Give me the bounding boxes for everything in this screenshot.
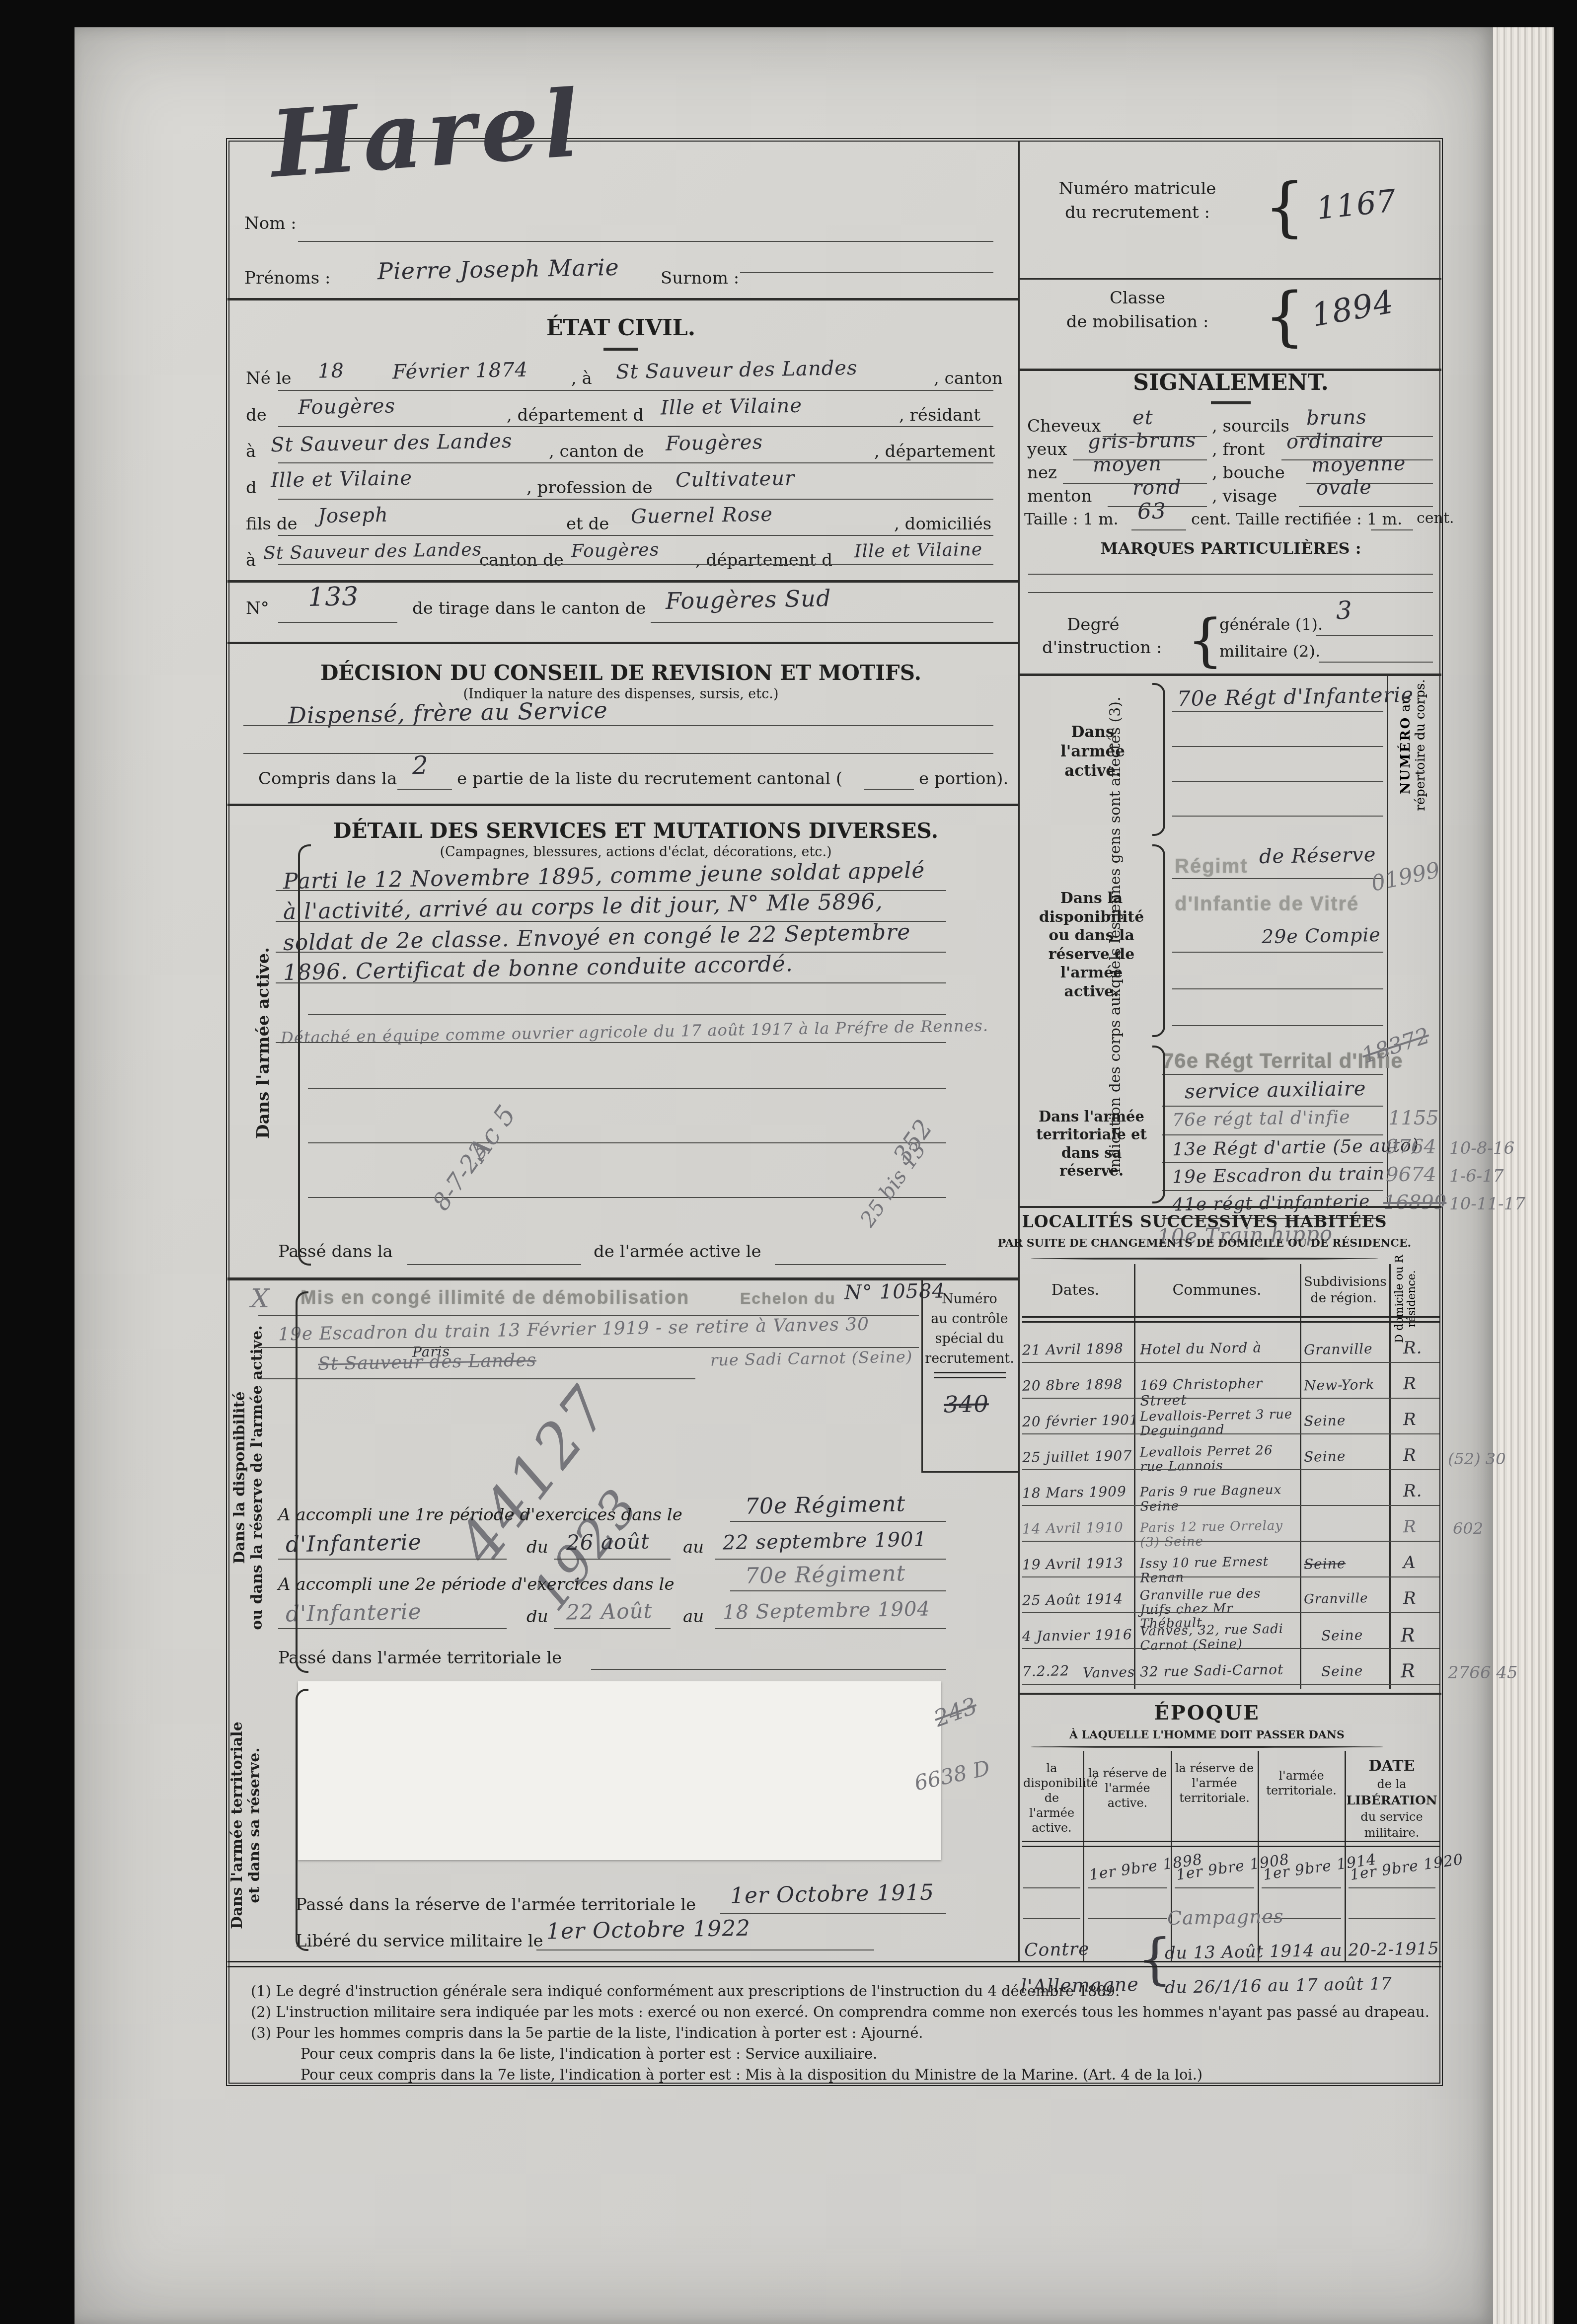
etat-r2v1: Fougères [298,394,396,419]
etat-r4a: d [246,478,257,498]
hand-19e-escadron: 19e Escadron du train [1172,1163,1385,1187]
etat-r3v2: Fougères [666,431,763,455]
corps-terr-label: Dans l'armée territoriale et dans sa rés… [1033,1108,1150,1180]
rule [1172,1025,1383,1026]
localites-col-communes: Communes. [1172,1281,1261,1299]
etat-r1a: Né le [246,369,292,388]
margin-label-armee-active: Dans l'armée active. [253,820,273,1267]
loc-subdiv-10: Seine [1321,1662,1363,1679]
surnom-label: Surnom : [661,268,739,288]
pencil-date-10-11-17: 10-11-17 [1449,1194,1525,1214]
controle-header-3: spécial du [935,1331,1004,1347]
rule [243,753,993,754]
rule [1162,1162,1383,1163]
loc-subdiv-1: Granville [1304,1341,1373,1358]
loc-dr-2: R [1403,1374,1417,1394]
rule [554,1559,671,1560]
rule [1349,1887,1435,1888]
degre-label-2: d'instruction : [1042,638,1162,658]
rule [407,1264,581,1265]
margin-terr-line2: et dans sa réserve. [246,1747,263,1903]
passe-active-post: de l'armée active le [594,1242,761,1262]
periode2-au: au [683,1607,704,1627]
controle-header-4: recrutement. [925,1351,1014,1366]
etat-r5v2: Guernel Rose [631,503,773,528]
loc-dr-6: R [1403,1517,1417,1537]
etat-r5b: et de [566,514,609,534]
loc-dr-9: R [1401,1624,1416,1647]
margin-label-dispo: Dans la disponibilité ou dans la réserve… [231,1264,266,1691]
rule [1162,1134,1383,1135]
rule [1175,1887,1254,1888]
rule [1172,711,1383,712]
localites-title-1: LOCALITÉS SUCCESSIVES HABITÉES [1022,1212,1387,1231]
etat-r5v1: Joseph [318,504,388,527]
passe-reserve-terr-value: 1er Octobre 1915 [730,1879,935,1908]
loc-dr-8: R [1403,1588,1417,1608]
demob-struck-commune: St Sauveur des Landes [318,1350,537,1374]
rule [1162,1106,1383,1107]
rule [775,1264,946,1265]
rule [554,1628,671,1629]
rule [1371,529,1413,530]
loc-date-9: 4 Janvier 1916 [1022,1626,1132,1645]
rule [278,535,993,536]
rule [1023,1918,1080,1919]
rule [308,1088,946,1089]
rule [278,499,993,500]
epoque-subtitle: À LAQUELLE L'HOMME DOIT PASSER DANS [1069,1728,1345,1741]
etat-r2v2: Ille et Vilaine [661,394,803,420]
loc-dr-3: R [1403,1410,1417,1429]
epoque-title: ÉPOQUE [1154,1701,1260,1724]
stamp-regiment: Régimt [1175,855,1248,878]
periode1-pre: A accompli une 1re période d'exercices d… [278,1505,682,1525]
sourcils-value: bruns [1306,406,1367,430]
libere-label: Libéré du service militaire le [296,1931,543,1951]
compris-end: e portion). [919,769,1008,789]
loc-commune-6: Paris 12 rue Orrelay (3) Seine [1140,1518,1297,1550]
corps-numero-header-1: NUMÉRO [1398,716,1413,794]
etat-r3a: à [246,442,256,461]
passe-territoriale-label: Passé dans l'armée territoriale le [278,1648,562,1668]
instruction-generale-label: générale (1). [1219,615,1323,634]
rule [1031,1258,1378,1260]
loc-subdiv-9: Seine [1321,1627,1363,1644]
instruction-generale-value: 3 [1336,596,1352,625]
passe-active-pre: Passé dans la [278,1242,393,1262]
corps-active-label: Dans l'armée active. [1038,723,1147,780]
compris-mid: e partie de la liste du recrutement cant… [457,769,842,789]
epoque-date-header-3: LIBÉRATION [1346,1793,1437,1807]
controle-header-1: Numéro [942,1291,997,1307]
loc-margin-52-30: (52) 30 [1448,1449,1506,1468]
rule [227,1961,1441,1967]
rule [276,952,946,953]
footnote-2: (2) L'instruction militaire sera indiqué… [251,2004,1429,2021]
rule [1131,529,1186,530]
pencil-9674: 9674 [1386,1163,1436,1186]
taille-cent-label: cent. [1417,510,1454,527]
demob-stamp: Mis en congé illimité de démobilisation [300,1287,689,1309]
rule [1162,1190,1383,1191]
rule [536,1949,874,1950]
rule [1022,1362,1439,1363]
loc-margin-2766: 2766 45 [1448,1663,1518,1683]
margin-dispo-line1: Dans la disponibilité [231,1391,248,1564]
localites-col-subdiv: Subdivisions de région. [1304,1274,1383,1306]
periode1-au: au [683,1537,704,1557]
margin-brace-active [298,844,311,1266]
pencil-date-10-8-16: 10-8-16 [1449,1138,1514,1158]
taille-rectifiee-label: cent. Taille rectifiée : 1 m. [1191,510,1402,528]
corps-brace-active [1152,683,1165,836]
margin-dispo-line2: ou dans la réserve de l'armée active. [248,1325,266,1630]
etat-r1v2: Février 1874 [392,359,528,384]
rule [1088,1918,1167,1919]
hand-de-reserve: de Réserve [1259,843,1376,868]
rule [921,1471,1018,1473]
periode2-from: 22 Août [566,1598,653,1624]
campagne-contre: Contre [1024,1939,1090,1960]
loc-date-2: 20 8bre 1898 [1022,1376,1123,1394]
etat-r6a: à [246,550,256,570]
degre-label-1: Degré [1067,615,1120,635]
menton-value: rond [1132,476,1182,500]
classe-label-1: Classe [1110,288,1165,308]
etat-r6c: , département d [695,550,832,570]
etat-r4v1: Ille et Vilaine [271,467,413,492]
etat-r5c: , domiciliés [894,514,991,534]
loc-date-10: 7.2.22 [1022,1662,1070,1680]
pencil-1155: 1155 [1388,1107,1439,1129]
sourcils-label: , sourcils [1212,416,1289,436]
campagnes-label: Campagnes [1167,1905,1284,1929]
etat-r2a: de [246,405,267,425]
etat-r3c: , département [874,442,995,461]
etat-r6b: canton de [479,550,564,570]
rule [397,789,452,790]
loc-dr-4: R [1403,1445,1417,1465]
rule [730,1590,946,1591]
rule [1023,1887,1080,1888]
rule [308,1197,946,1198]
etat-r2c: , résidant [899,405,980,425]
nom-label: Nom : [244,214,297,233]
footnote-3: (3) Pour les hommes compris dans la 5e p… [251,2024,923,2041]
margin-terr-line1: Dans l'armée territoriale [228,1722,246,1929]
periode1-to: 22 septembre 1901 [723,1528,927,1554]
rule [278,390,993,391]
margin-label-terr: Dans l'armée territoriale et dans sa rés… [228,1637,263,2014]
loc-subdiv-7: Seine [1304,1555,1346,1572]
rule [1022,1505,1439,1506]
rule [276,1042,946,1043]
rule [1022,1433,1439,1434]
loc-date-1: 21 Avril 1898 [1022,1340,1124,1358]
libere-value: 1er Octobre 1922 [546,1915,751,1944]
rule [1134,1264,1135,1689]
echelon-stamp: Echelon du [740,1289,835,1308]
instruction-militaire-label: militaire (2). [1219,642,1320,661]
rule [591,1669,946,1670]
etat-r3v1: St Sauveur des Landes [271,430,513,456]
rule [1349,1918,1435,1919]
rule [720,1913,946,1914]
loc-subdiv-8: Granville [1304,1591,1368,1607]
rule [1022,1841,1439,1847]
pencil-date-1-6-17: 1-6-17 [1449,1166,1504,1186]
margin-brace-terr [296,1689,308,1951]
loc-dr-1: R. [1403,1338,1423,1358]
rule [278,622,397,623]
footnote-4: Pour ceux compris dans la 6e liste, l'in… [300,2045,877,2062]
rule [1172,781,1383,782]
etat-r2b: , département d [507,405,644,425]
brace: { [1187,607,1223,674]
periode1-regiment: 70e Régiment [745,1491,906,1519]
etat-civil-title: ÉTAT CIVIL. [546,315,695,341]
brace: { [1264,278,1305,354]
localites-title-2: PAR SUITE DE CHANGEMENTS DE DOMICILE OU … [998,1237,1412,1250]
rule [1300,1264,1301,1689]
loc-date-7: 19 Avril 1913 [1022,1555,1124,1573]
rule [227,642,1018,644]
rule [1262,1887,1341,1888]
pencil-9764: 9764 [1386,1135,1436,1158]
controle-value: 340 [944,1390,989,1418]
rule [730,1521,946,1522]
surname-handwritten: Harel [267,69,587,198]
nez-label: nez [1027,463,1057,483]
etat-r4b: , profession de [526,478,653,498]
rule [1028,574,1433,575]
rule [1319,662,1433,663]
bouche-value: moyenne [1311,452,1406,476]
rule [1172,878,1383,879]
rule [1019,1693,1441,1695]
epoque-col2-header: la réserve de l'armée active. [1088,1766,1167,1810]
rule [651,622,993,623]
rule [1019,674,1441,676]
rule [1022,1469,1439,1470]
etat-r3b: , canton de [549,442,644,461]
rule [1389,1264,1391,1689]
column-divider [1018,142,1020,1962]
rule [1022,1541,1439,1542]
etat-r6v2: Fougères [571,539,660,561]
rule [278,1628,507,1629]
rule [1172,952,1383,953]
rule [934,1372,1006,1378]
rule [715,1559,946,1560]
epoque-date-header-4: du service [1360,1810,1423,1824]
rule [278,462,993,463]
echelon-number: N° 10584 [844,1279,946,1304]
services-title: DÉTAIL DES SERVICES ET MUTATIONS DIVERSE… [333,819,938,843]
rule [243,725,993,726]
etat-r1v3: St Sauveur des Landes [616,357,858,383]
rule [1022,1684,1439,1685]
loc-commune-2: 169 Christopher Street [1139,1375,1296,1409]
loc-date-5: 18 Mars 1909 [1022,1483,1126,1501]
pencil-16899: 16899 [1383,1191,1446,1214]
front-label: , front [1212,440,1265,459]
epoque-date-header-5: militaire. [1364,1826,1420,1840]
yeux-label: yeux [1027,440,1067,459]
rule [1031,1746,1383,1748]
rule [1088,1887,1167,1888]
compris-pre: Compris dans la [258,769,397,789]
rule [921,1279,923,1473]
rule [278,426,993,427]
etat-r6v1: St Sauveur des Landes [263,539,482,564]
periode2-du: du [526,1607,548,1627]
footnote-1: (1) Le degré d'instruction générale sera… [251,1983,1120,2000]
epoque-col4-header: la réserve de l'armée territoriale. [1175,1761,1254,1805]
rule [1022,1576,1439,1577]
rule [1022,1612,1439,1613]
rule [308,1014,946,1015]
rule [740,272,993,273]
corps-dispo-label: Dans la disponibilité ou dans la réserve… [1033,889,1150,1001]
periode1-du: du [526,1537,548,1557]
taille-value: 63 [1137,498,1167,524]
demob-line-2: rue Sadi Carnot (Seine) [710,1347,913,1369]
compris-value: 2 [412,751,429,780]
rule [276,982,946,983]
periode1-from: 26 août [566,1529,650,1555]
etat-r1v1: 18 [318,360,345,383]
visage-value: ovale [1316,476,1372,500]
rule [1022,1648,1439,1649]
localites-col-dates: Dates. [1051,1281,1100,1299]
rule [1172,816,1383,817]
signalement-title: SIGNALEMENT. [1133,370,1329,395]
loc-subdiv-2: New-York [1304,1376,1375,1394]
prenoms-label: Prénoms : [244,268,331,288]
rule [298,241,993,242]
footnote-5: Pour ceux compris dans la 7e liste, l'in… [300,2066,1202,2083]
cheveux-value: et [1132,406,1154,430]
rule [1019,1206,1441,1208]
campagne-dates-2: du 26/1/16 au 17 août 17 [1165,1974,1392,1998]
etat-r1c: , canton [934,369,1003,388]
rule [864,789,914,790]
rule [227,804,1018,806]
loc-date-6: 14 Avril 1910 [1022,1519,1124,1537]
hand-76e-regt: 76e régt tal d'infie [1172,1107,1351,1130]
epoque-col1-header: la disponibilité de l'armée active. [1023,1761,1080,1835]
rule [1022,1316,1439,1323]
margin-brace-dispo [296,1291,308,1673]
conseil-title: DÉCISION DU CONSEIL DE REVISION ET MOTIF… [320,661,921,685]
rule [715,1628,946,1629]
nez-value: moyen [1093,452,1162,476]
menton-label: menton [1027,486,1092,506]
passe-reserve-terr-label: Passé dans la réserve de l'armée territo… [296,1895,696,1915]
epoque-date-header-1: DATE [1369,1757,1415,1775]
loc-margin-602: 602 [1453,1519,1483,1538]
rule [1019,278,1441,280]
epoque-date-header-2: de la [1377,1777,1406,1791]
rule [308,1142,946,1143]
rule [1316,635,1433,636]
corps-brace-dispo [1152,844,1165,1037]
matricule-label-2: du recrutement : [1065,203,1210,223]
loc-commune-1: Hotel du Nord à [1140,1340,1296,1357]
etat-r6v3: Ille et Vilaine [854,539,983,562]
front-value: ordinaire [1286,429,1384,453]
loc-dr-7: A [1403,1553,1416,1573]
corps-active-entry: 70e Régt d'Infanterie [1177,682,1414,711]
controle-header-2: au contrôle [931,1311,1008,1327]
taille-label: Taille : 1 m. [1024,510,1119,528]
periode2-to: 18 Septembre 1904 [723,1597,931,1624]
rule [1211,401,1251,404]
loc-commune-7: Issy 10 rue Ernest Renan [1140,1554,1297,1585]
rule [258,1378,695,1379]
rule [1022,1398,1439,1399]
services-subtitle: (Campagnes, blessures, actions d'éclat, … [440,844,831,860]
etat-r1b: , à [571,369,592,388]
loc-date-3: 20 février 1901 [1022,1412,1139,1430]
tirage-no-label: N° [246,599,269,618]
loc-dr-5: R. [1403,1481,1423,1501]
brace: { [1264,169,1305,244]
loc-dr-10: R [1401,1660,1416,1682]
rule [227,298,1018,300]
visage-label: , visage [1212,486,1277,506]
rule [1299,506,1433,507]
rule [1172,988,1383,989]
blank-patch [298,1681,941,1860]
loc-date-4: 25 juillet 1907 [1022,1447,1132,1466]
loc-commune-5: Paris 9 rue Bagneux Seine [1140,1483,1297,1514]
marques-title: MARQUES PARTICULIÈRES : [1101,539,1361,558]
rule [1162,1074,1383,1075]
rule [258,1347,919,1348]
loc-commune-10: Vanves 32 rue Sadi-Carnot [1083,1661,1284,1681]
rule [1172,746,1383,747]
conseil-decision: Dispensé, frère au Service [288,696,608,729]
tirage-label: de tirage dans le canton de [412,599,646,618]
loc-subdiv-3: Seine [1304,1412,1346,1429]
tirage-value: 133 [307,582,359,612]
epoque-col3-header: l'armée territoriale. [1262,1768,1341,1798]
periode2-regiment: 70e Régiment [745,1561,906,1589]
loc-subdiv-4: Seine [1304,1448,1346,1465]
rule [278,564,993,565]
prenoms-value: Pierre Joseph Marie [377,254,620,285]
hand-service-auxiliaire: service auxiliaire [1185,1077,1366,1103]
rule [603,348,638,351]
corps-brace-terr [1152,1046,1165,1203]
hand-29e-compagnie: 29e Compie [1262,924,1381,948]
tirage-canton: Fougères Sud [666,585,831,614]
hand-13e-artillerie: 13e Régt d'artie (5e auto) [1172,1135,1419,1160]
yeux-value: gris-bruns [1088,429,1197,453]
rule [1028,592,1433,593]
etat-r4v2: Cultivateur [676,467,795,492]
bouche-label: , bouche [1212,463,1285,483]
loc-date-8: 25 Août 1914 [1022,1590,1124,1609]
rule [278,1559,507,1560]
register-scan-photo: Harel Nom : Prénoms : Pierre Joseph Mari… [0,0,1577,2324]
periode2-pre: A accompli une 2e période d'exercices da… [278,1574,675,1594]
stamp-inf-vitre: d'Infantie de Vitré [1175,893,1359,915]
classe-label-2: de mobilisation : [1066,312,1209,332]
